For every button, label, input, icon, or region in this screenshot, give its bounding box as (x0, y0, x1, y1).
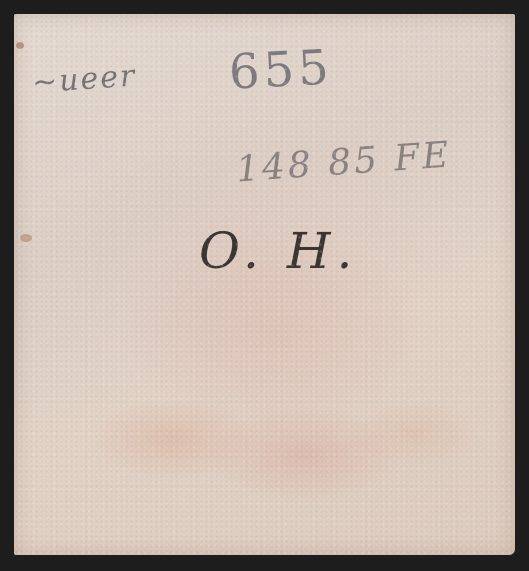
stamp-back: ~ueer 655 148 85 FE O. H. (14, 14, 515, 555)
paper-spot (16, 42, 24, 49)
pencil-note-number: 655 (228, 39, 334, 100)
paper-spot (20, 234, 32, 242)
pencil-note-prefix: ~ueer (31, 58, 137, 100)
pencil-note-code: 148 85 FE (235, 135, 453, 191)
ink-initials: O. H. (199, 222, 358, 280)
